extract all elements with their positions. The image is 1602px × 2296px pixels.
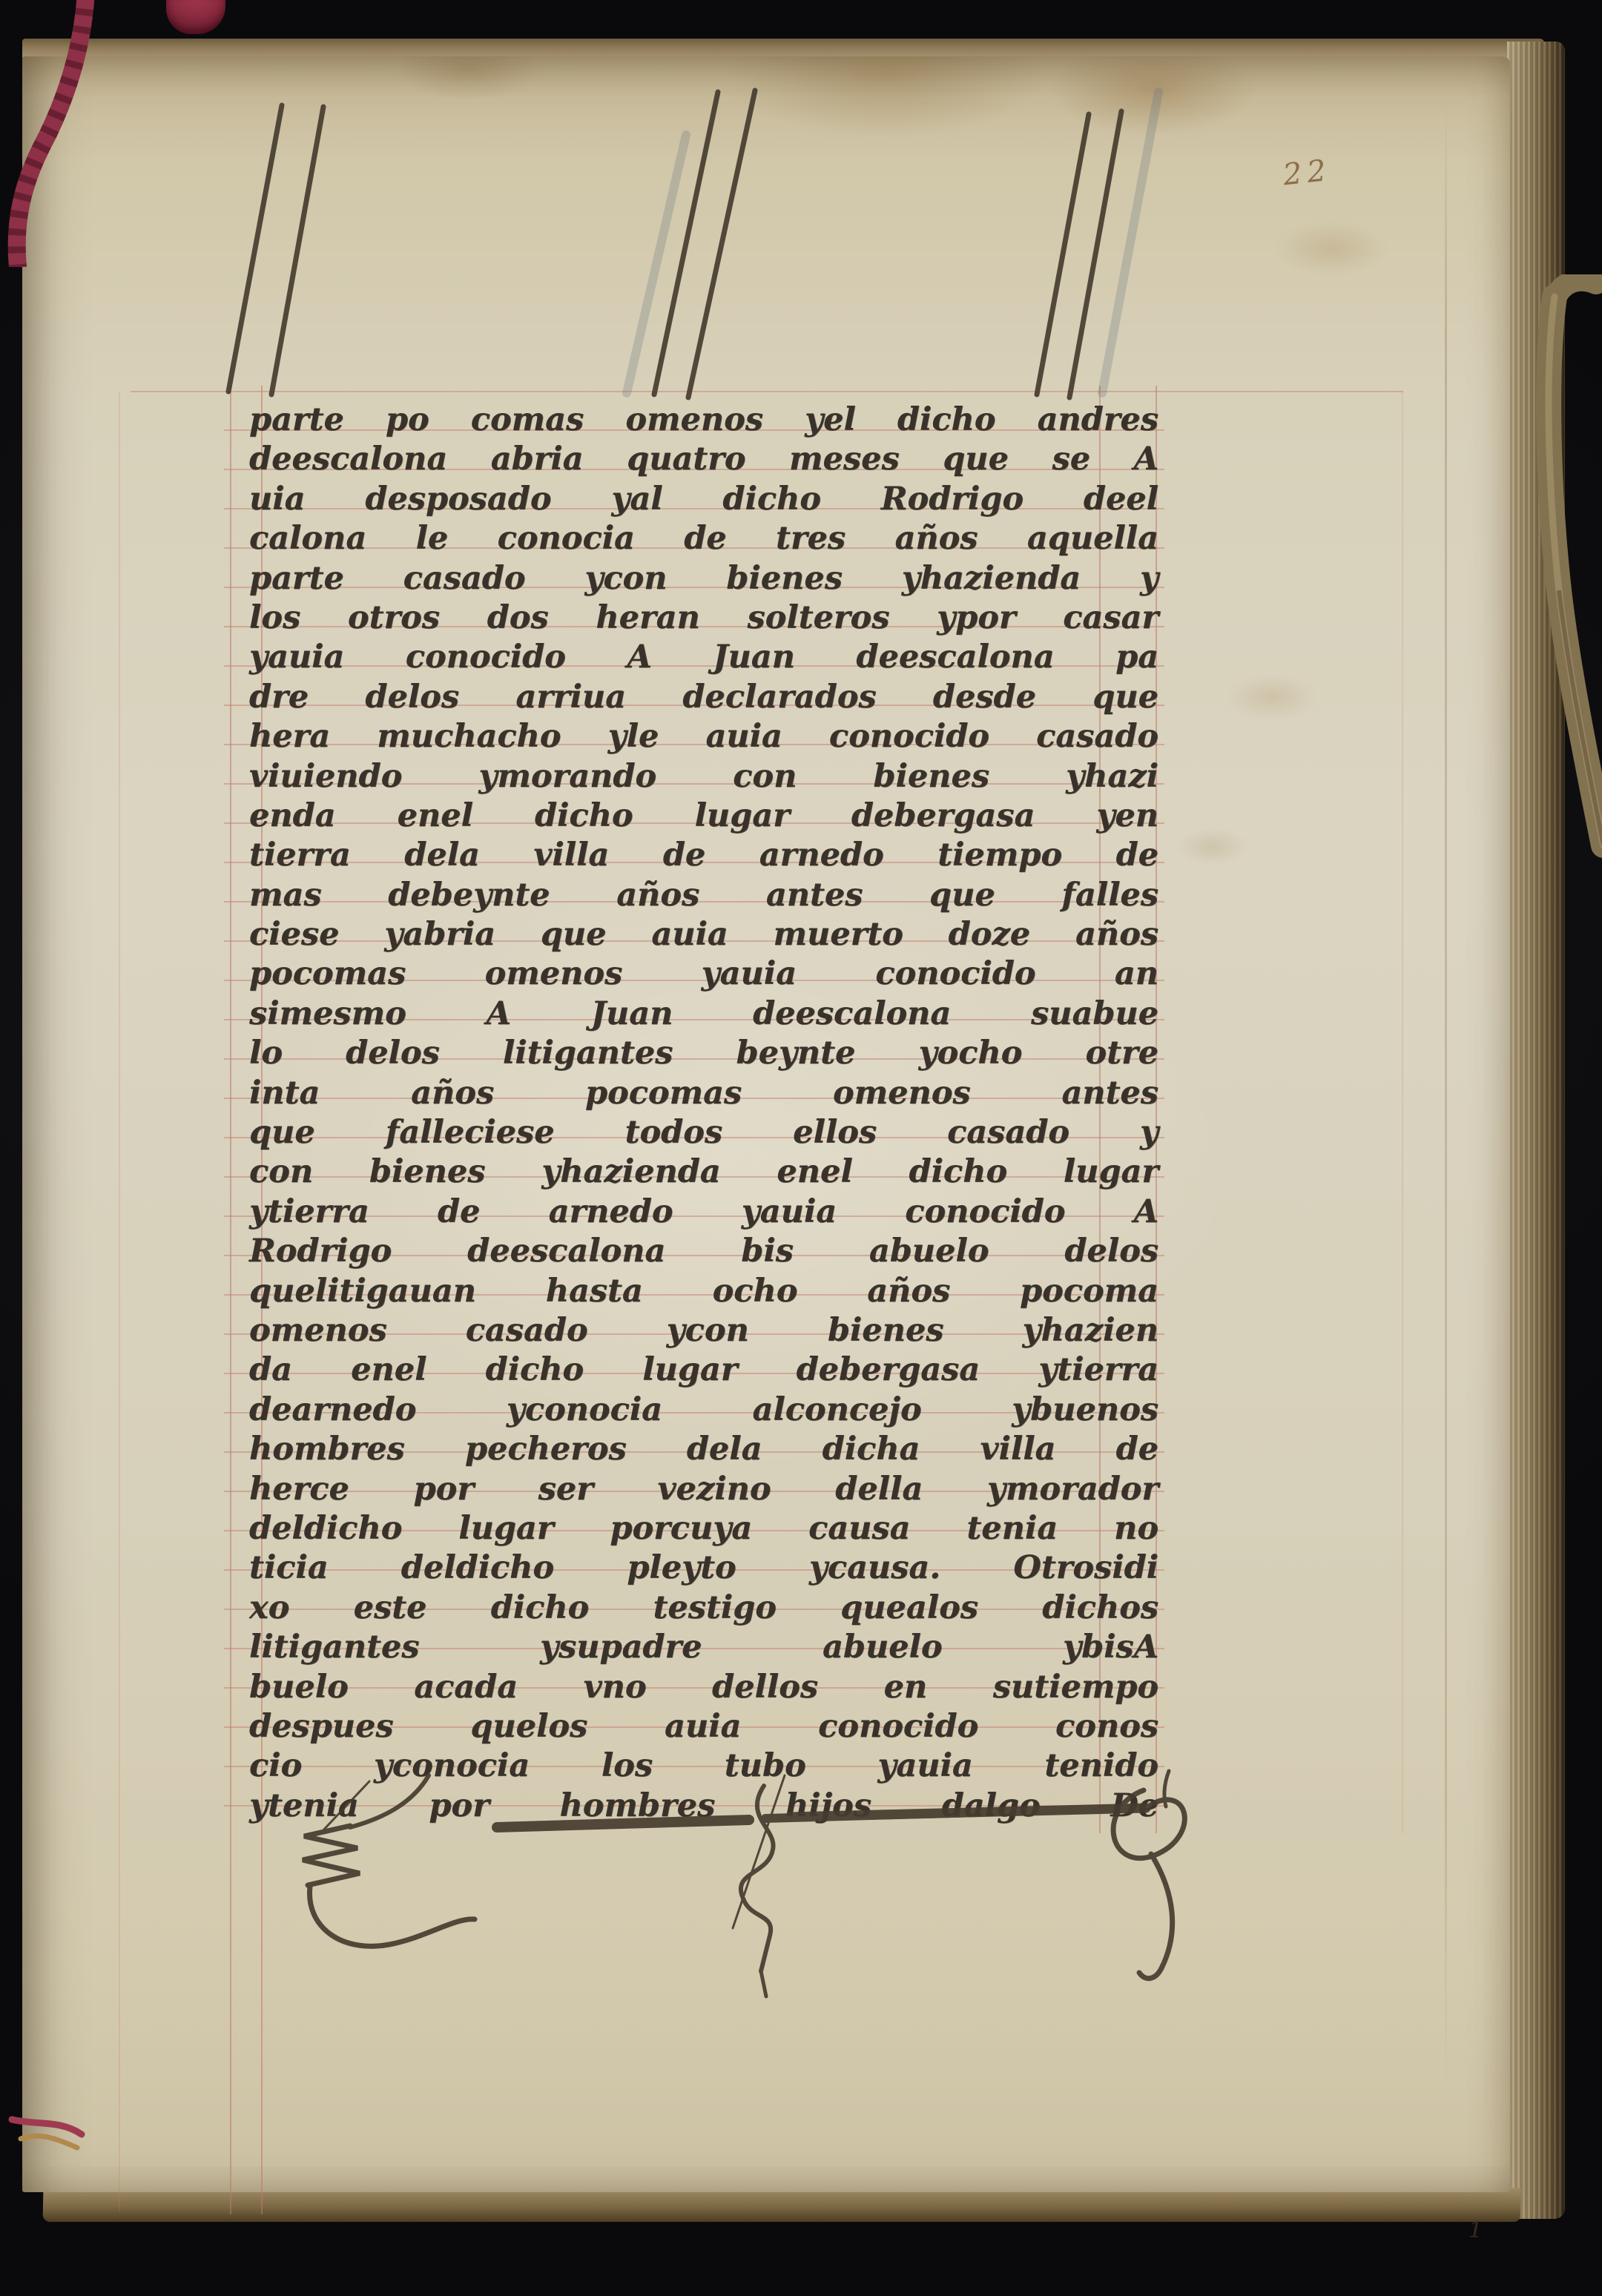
manuscript-text-block: parte po comas omenos yel dicho andresde… bbox=[249, 400, 1158, 1826]
parchment-crease bbox=[1445, 104, 1447, 2091]
corner-foliation-mark: 1 bbox=[1468, 2217, 1483, 2243]
manuscript-text-line: pocomas omenos yauia conocido an bbox=[249, 954, 1158, 994]
manuscript-text-line: parte casado ycon bienes yhazienda y bbox=[249, 559, 1158, 598]
manuscript-text-line: lo delos litigantes beynte yocho otre bbox=[249, 1034, 1158, 1073]
ruling-left-margin-line bbox=[230, 386, 231, 2214]
manuscript-text-line: da enel dicho lugar debergasa ytierra bbox=[249, 1350, 1158, 1390]
book-bottom-edge bbox=[43, 2188, 1521, 2222]
sewing-thread-icon bbox=[0, 2105, 96, 2157]
manuscript-text-line: Rodrigo deescalona bis abuelo delos bbox=[249, 1232, 1158, 1271]
ruling-right-outer-line bbox=[1402, 392, 1403, 1833]
manuscript-text-line: simesmo A Juan deescalona suabue bbox=[249, 994, 1158, 1034]
manuscript-text-line: dearnedo yconocia alconcejo ybuenos bbox=[249, 1391, 1158, 1430]
folio-number: 22 bbox=[1282, 154, 1333, 193]
manuscript-text-line: dre delos arriua declarados desde que bbox=[249, 678, 1158, 717]
manuscript-text-line: omenos casado ycon bienes yhazien bbox=[249, 1311, 1158, 1350]
manuscript-text-line: ytierra de arnedo yauia conocido A bbox=[249, 1192, 1158, 1232]
manuscript-text-line: litigantes ysupadre abuelo ybisA bbox=[249, 1628, 1158, 1667]
manuscript-text-line: con bienes yhazienda enel dicho lugar bbox=[249, 1152, 1158, 1192]
manuscript-text-line: deldicho lugar porcuya causa tenia no bbox=[249, 1509, 1158, 1548]
manuscript-text-line: yauia conocido A Juan deescalona pa bbox=[249, 638, 1158, 677]
manuscript-text-line: deescalona abria quatro meses que se A bbox=[249, 440, 1158, 479]
manuscript-text-line: los otros dos heran solteros ypor casar bbox=[249, 598, 1158, 638]
manuscript-text-line: quelitigauan hasta ocho años pocoma bbox=[249, 1272, 1158, 1311]
manuscript-text-line: uia desposado yal dicho Rodrigo deel bbox=[249, 480, 1158, 519]
manuscript-text-line: hera muchacho yle auia conocido casado bbox=[249, 717, 1158, 756]
manuscript-text-line: que falleciese todos ellos casado y bbox=[249, 1113, 1158, 1152]
manuscript-text-line: despues quelos auia conocido conos bbox=[249, 1707, 1158, 1746]
cancel-slash-marks-icon bbox=[208, 74, 1172, 415]
manuscript-text-line: xo este dicho testigo quealos dichos bbox=[249, 1589, 1158, 1628]
manuscript-text-line: ciese yabria que auia muerto doze años bbox=[249, 915, 1158, 954]
manuscript-text-line: mas debeynte años antes que falles bbox=[249, 876, 1158, 915]
manuscript-text-line: parte po comas omenos yel dicho andres bbox=[249, 400, 1158, 440]
manuscript-text-line: calona le conocia de tres años aquella bbox=[249, 519, 1158, 558]
ruling-left-outer-line bbox=[119, 392, 120, 2211]
manuscript-text-line: tierra dela villa de arnedo tiempo de bbox=[249, 836, 1158, 875]
manuscript-text-line: viuiendo ymorando con bienes yhazi bbox=[249, 757, 1158, 796]
manuscript-text-line: enda enel dicho lugar debergasa yen bbox=[249, 796, 1158, 836]
manuscript-text-line: herce por ser vezino della ymorador bbox=[249, 1470, 1158, 1509]
manuscript-text-line: inta años pocomas omenos antes bbox=[249, 1074, 1158, 1113]
leather-tie-strap-icon bbox=[1491, 274, 1602, 964]
manuscript-text-line: ticia deldicho pleyto ycausa. Otrosidi bbox=[249, 1548, 1158, 1588]
manuscript-photo: parte po comas omenos yel dicho andresde… bbox=[0, 0, 1602, 2296]
manuscript-text-line: buelo acada vno dellos en sutiempo bbox=[249, 1668, 1158, 1707]
manuscript-text-line: hombres pecheros dela dicha villa de bbox=[249, 1430, 1158, 1469]
line-filler-flourish-icon bbox=[237, 1765, 1201, 2010]
